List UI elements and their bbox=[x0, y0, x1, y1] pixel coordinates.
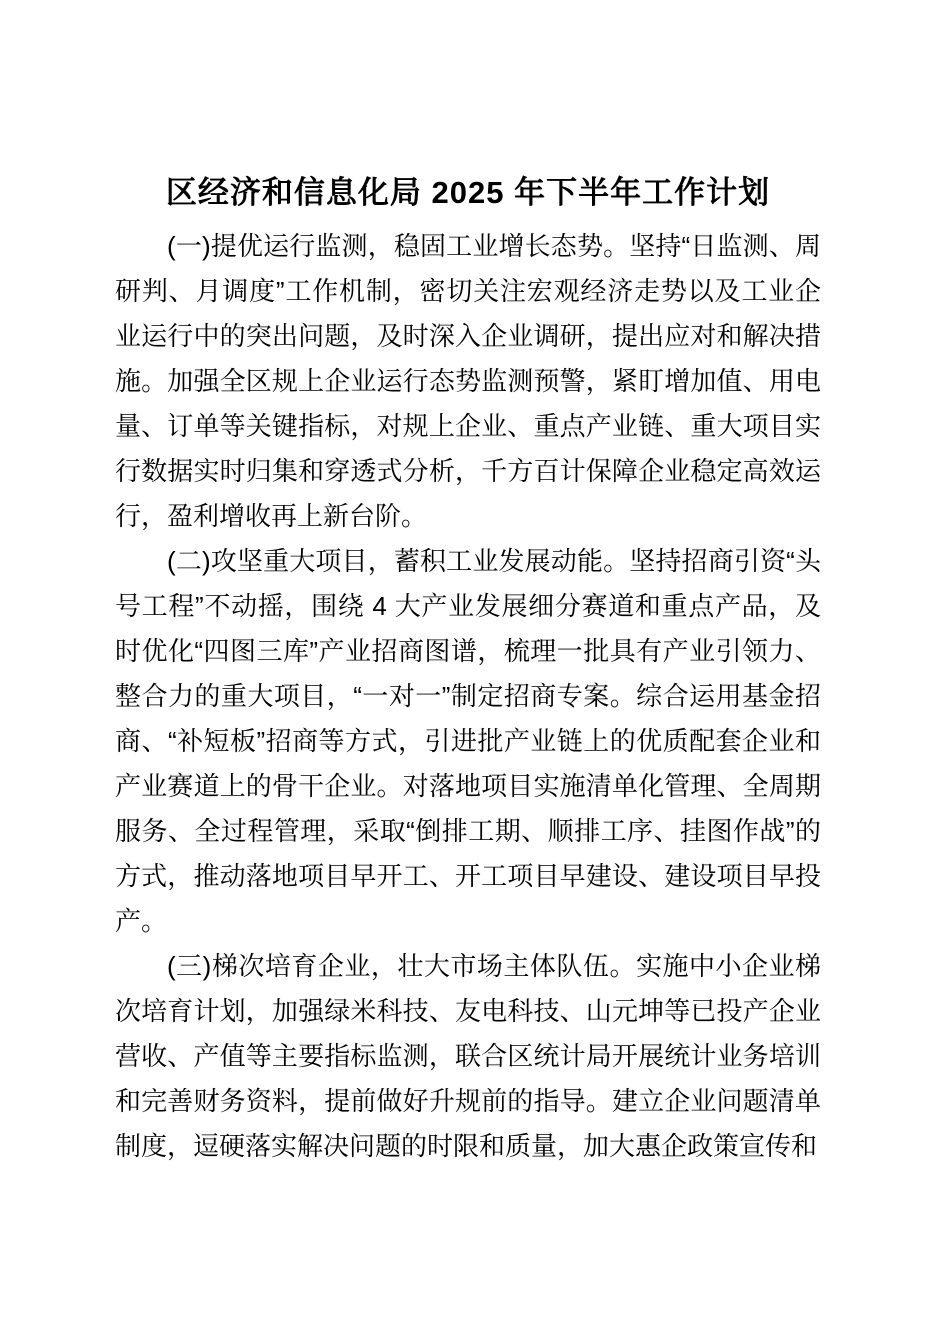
paragraph-2: (二)攻坚重大项目，蓄积工业发展动能。坚持招商引资“头号工程”不动摇，围绕 4 … bbox=[115, 539, 821, 944]
paragraph-1: (一)提优运行监测，稳固工业增长态势。坚持“日监测、周研判、月调度”工作机制，密… bbox=[115, 224, 821, 539]
document-content: 区经济和信息化局 2025 年下半年工作计划 (一)提优运行监测，稳固工业增长态… bbox=[115, 172, 821, 1169]
document-page: 区经济和信息化局 2025 年下半年工作计划 (一)提优运行监测，稳固工业增长态… bbox=[0, 0, 950, 1344]
paragraph-3: (三)梯次培育企业，壮大市场主体队伍。实施中小企业梯次培育计划，加强绿米科技、友… bbox=[115, 944, 821, 1169]
document-title: 区经济和信息化局 2025 年下半年工作计划 bbox=[115, 172, 821, 214]
